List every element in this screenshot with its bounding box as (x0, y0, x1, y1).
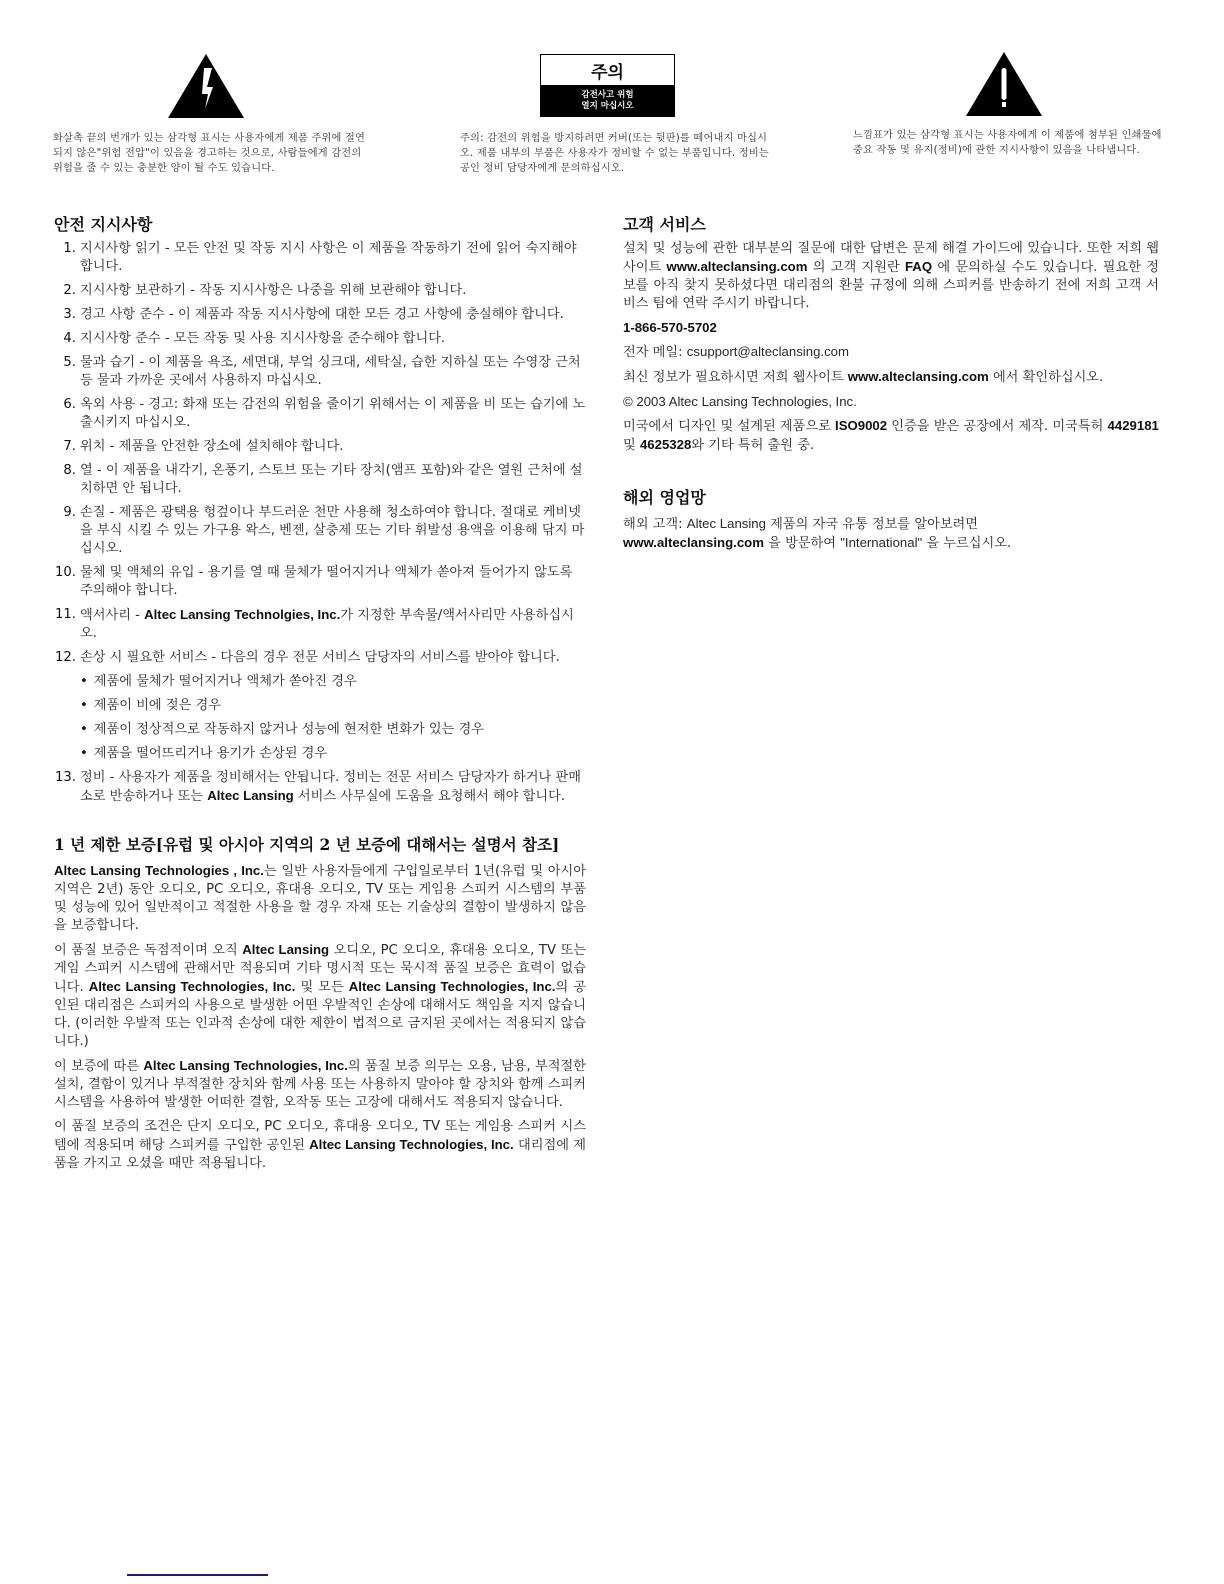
website-paragraph: 최신 정보가 필요하시면 저희 웹사이트 www.alteclansing.co… (623, 368, 1159, 387)
caution-warning-text: 주의: 감전의 위험을 방지하려면 커버(또는 뒷판)를 떼어내지 마십시오. … (460, 131, 780, 176)
caution-line-2: 열지 마십시오 (541, 101, 674, 112)
service-conditions-list: 제품에 물체가 떨어지거나 액체가 쏟아진 경우 제품이 비에 젖은 경우 제품… (80, 673, 586, 763)
warranty-paragraph: 이 보증에 따른 Altec Lansing Technologies, Inc… (54, 1057, 586, 1112)
safety-item: 11.액서사리 - Altec Lansing Technolgies, Inc… (54, 606, 586, 643)
exclamation-warning-text: 느낌표가 있는 삼각형 표시는 사용자에게 이 제품에 첨부된 인쇄물에 중요 … (853, 128, 1173, 158)
international-title: 해외 영업망 (623, 489, 1159, 507)
warranty-title: 1 년 제한 보증[유럽 및 아시아 지역의 2 년 보증에 대해서는 설명서 … (54, 836, 586, 854)
safety-item: 2.지시사항 보관하기 - 작동 지시사항은 나중을 위해 보관해야 합니다. (54, 282, 586, 300)
bullet-item: 제품이 비에 젖은 경우 (80, 697, 586, 715)
safety-item: 8.열 - 이 제품을 내각기, 온풍기, 스토브 또는 기타 장치(앰프 포함… (54, 462, 586, 498)
warranty-paragraph: 이 품질 보증의 조건은 단지 오디오, PC 오디오, 휴대용 오디오, TV… (54, 1118, 586, 1173)
website-link[interactable]: www.alteclansing.com (667, 259, 808, 274)
safety-item: 10.물체 및 액체의 유입 - 용기를 열 때 물체가 떨어지거나 액체가 쏟… (54, 564, 586, 600)
safety-item: 4.지시사항 준수 - 모든 작동 및 사용 지시사항을 준수해야 합니다. (54, 330, 586, 348)
safety-list: 1.지시사항 읽기 - 모든 안전 및 작동 지시 사항은 이 제품을 작동하기… (54, 240, 586, 806)
customer-service-paragraph: 설치 및 성능에 관한 대부분의 질문에 대한 답변은 문제 해결 가이드에 있… (623, 240, 1159, 313)
bullet-item: 제품을 떨어뜨리거나 용기가 손상된 경우 (80, 745, 586, 763)
phone-number: 1-866-570-5702 (623, 319, 1159, 337)
lightning-warning-text: 화살촉 끝의 번개가 있는 삼각형 표시는 사용자에게 제품 주위에 절연 되지… (53, 131, 373, 176)
safety-title: 안전 지시사항 (54, 216, 586, 234)
bullet-item: 제품에 물체가 떨어지거나 액체가 쏟아진 경우 (80, 673, 586, 691)
website-link[interactable]: www.alteclansing.com (848, 369, 989, 384)
safety-item: 7.위치 - 제품을 안전한 장소에 설치해야 합니다. (54, 438, 586, 456)
bullet-item: 제품이 정상적으로 작동하지 않거나 성능에 현저한 변화가 있는 경우 (80, 721, 586, 739)
customer-service-title: 고객 서비스 (623, 216, 1159, 234)
caution-title: 주의 (541, 55, 674, 86)
exclamation-triangle-icon (966, 52, 1042, 116)
safety-item: 3.경고 사항 준수 - 이 제품과 작동 지시사항에 대한 모든 경고 사항에… (54, 306, 586, 324)
footer-rule (127, 1574, 268, 1576)
left-column: 안전 지시사항 1.지시사항 읽기 - 모든 안전 및 작동 지시 사항은 이 … (54, 216, 586, 1179)
website-link[interactable]: www.alteclansing.com (623, 535, 764, 550)
email-link[interactable]: csupport@alteclansing.com (687, 344, 849, 359)
manufacturing-paragraph: 미국에서 디자인 및 설계된 제품으로 ISO9002 인증을 받은 공장에서 … (623, 417, 1159, 455)
safety-item: 5.물과 습기 - 이 제품을 욕조, 세면대, 부엌 싱크대, 세탁실, 습한… (54, 354, 586, 390)
lightning-triangle-icon (168, 54, 244, 118)
copyright: © 2003 Altec Lansing Technologies, Inc. (623, 393, 1159, 411)
safety-item: 13.정비 - 사용자가 제품을 정비해서는 안됩니다. 정비는 전문 서비스 … (54, 769, 586, 806)
warranty-paragraph: 이 품질 보증은 독점적이며 오직 Altec Lansing 오디오, PC … (54, 941, 586, 1051)
safety-item: 9.손질 - 제품은 광택용 헝겊이나 부드러운 천만 사용해 청소하여야 합니… (54, 504, 586, 558)
caution-label-box: 주의 감전사고 위험 열지 마십시오 (540, 54, 675, 117)
email-line: 전자 메일: csupport@alteclansing.com (623, 343, 1159, 362)
safety-item: 1.지시사항 읽기 - 모든 안전 및 작동 지시 사항은 이 제품을 작동하기… (54, 240, 586, 276)
caution-line-1: 감전사고 위험 (541, 90, 674, 101)
international-paragraph: 해외 고객: Altec Lansing 제품의 자국 유통 정보를 알아보려면… (623, 515, 1159, 553)
safety-item: 6.옥외 사용 - 경고: 화재 또는 감전의 위험을 줄이기 위해서는 이 제… (54, 396, 586, 432)
warranty-paragraph: Altec Lansing Technologies , Inc.는 일반 사용… (54, 862, 586, 935)
right-column: 고객 서비스 설치 및 성능에 관한 대부분의 질문에 대한 답변은 문제 해결… (623, 216, 1159, 559)
safety-item: 12.손상 시 필요한 서비스 - 다음의 경우 전문 서비스 담당자의 서비스… (54, 649, 586, 763)
